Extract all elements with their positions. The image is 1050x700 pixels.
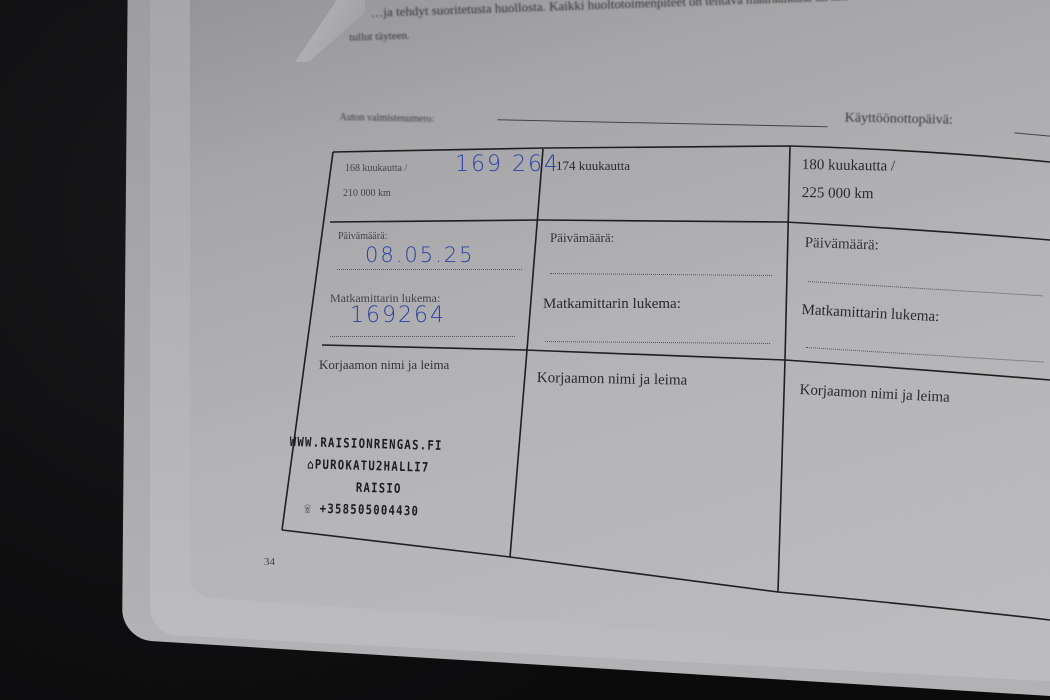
service-table-grid: [0, 0, 1050, 700]
service-table: 168 kuukautta / 169 264 210 000 km Päivä…: [0, 0, 1050, 700]
col2-odometer-label: Matkamittarin lukema:: [543, 296, 681, 313]
col1-odometer-value[interactable]: 169264: [350, 303, 446, 328]
col1-workshop-label: Korjaamon nimi ja leima: [319, 357, 449, 373]
stamp-phone: +358505004430: [319, 502, 419, 520]
col1-odometer-line: [330, 336, 515, 337]
col3-interval-line2: 225 000 km: [802, 185, 874, 203]
col2-workshop-label: Korjaamon nimi ja leima: [537, 370, 688, 390]
col1-handwritten-mileage: 169 264: [455, 152, 560, 177]
stamp-address-row: ⌂PUROKATU2HALLI7: [289, 454, 442, 480]
page-number: 34: [264, 556, 275, 568]
col1-date-label: Päivämäärä:: [338, 231, 387, 242]
col2-date-label: Päivämäärä:: [550, 230, 614, 246]
col2-interval-line1: 174 kuukautta: [556, 158, 630, 174]
col1-interval-line2: 210 000 km: [343, 188, 391, 199]
stamp-address: PUROKATU2HALLI7: [315, 458, 430, 476]
col3-date-label: Päivämäärä:: [804, 235, 879, 255]
workshop-stamp: WWW.RAISIONRENGAS.FI ⌂PUROKATU2HALLI7 RA…: [288, 432, 443, 524]
col1-date-line: [337, 269, 522, 270]
col1-date-value[interactable]: 08.05.25: [365, 243, 475, 267]
phone-icon: ☏: [304, 501, 312, 516]
col3-interval-line1: 180 kuukautta /: [802, 157, 896, 176]
col1-interval-line1: 168 kuukautta /: [345, 163, 407, 174]
stamp-phone-row: ☏ +358505004430: [288, 498, 441, 524]
